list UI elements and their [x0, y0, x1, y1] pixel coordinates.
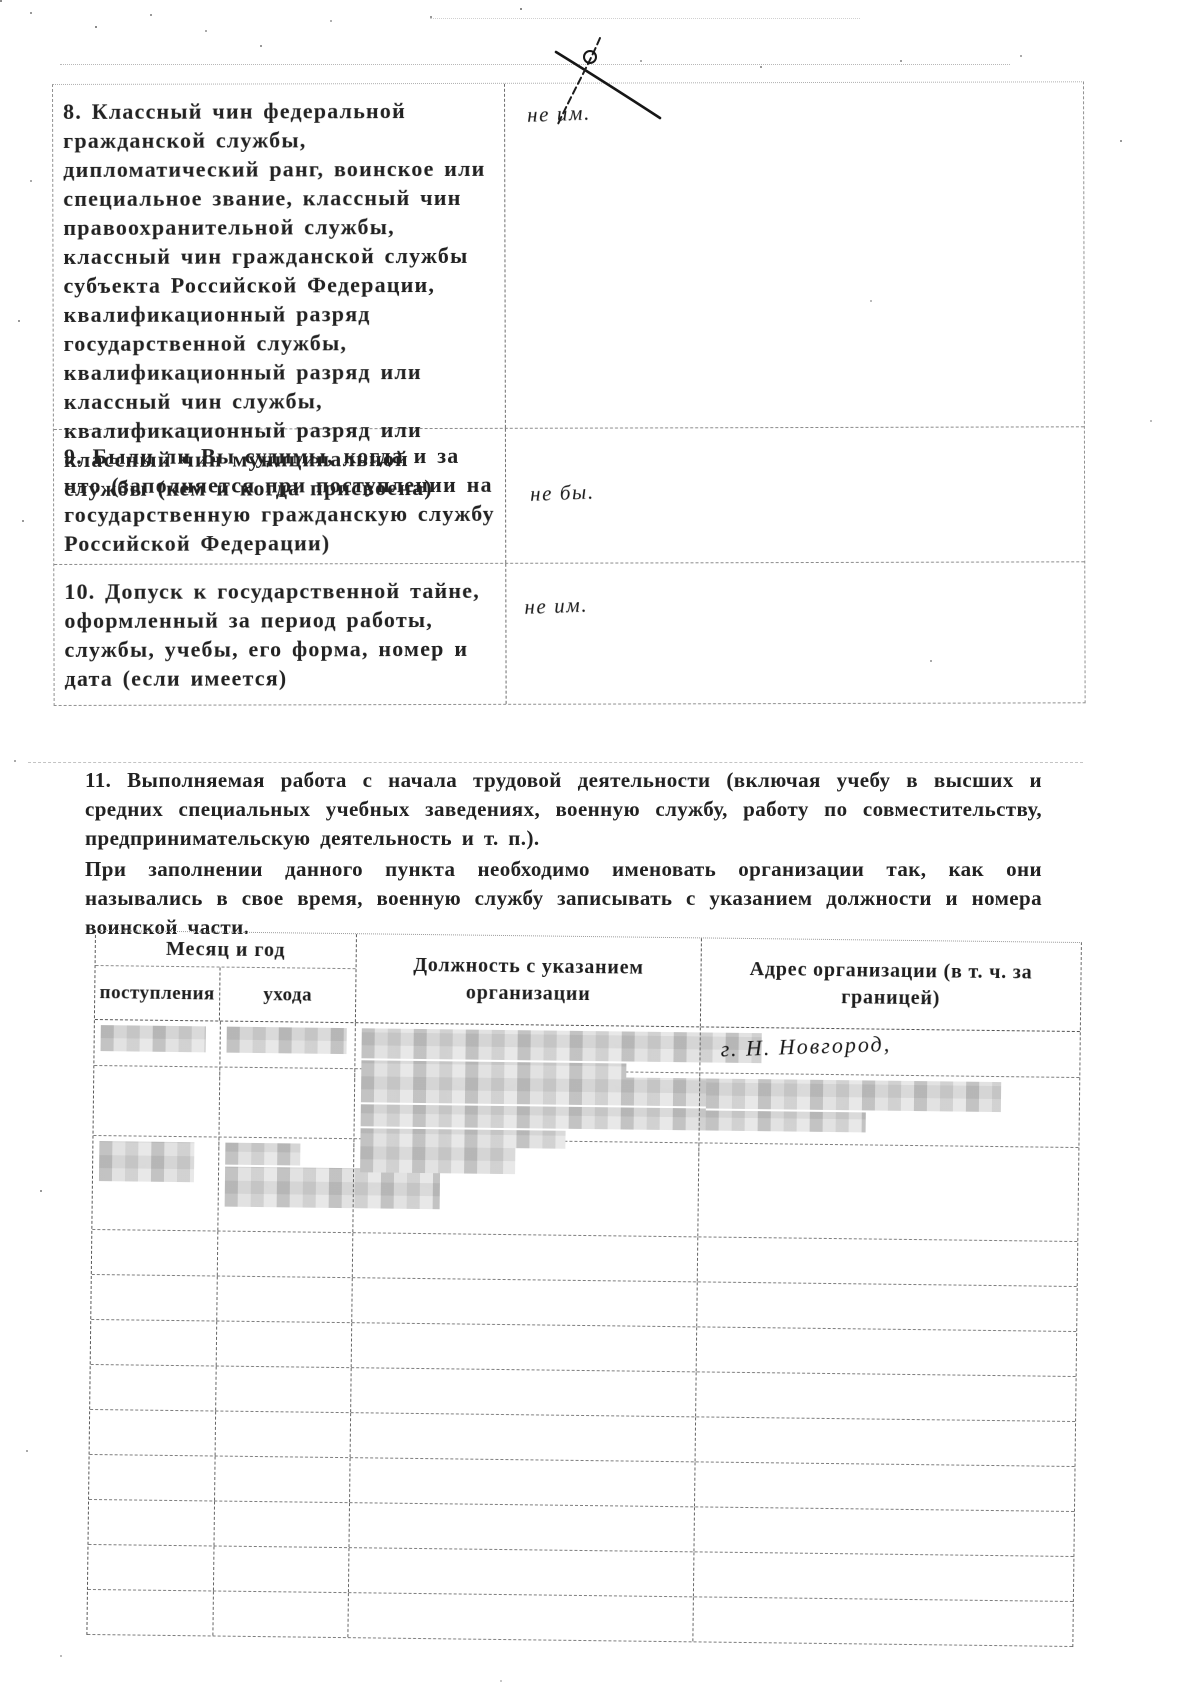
- work-table-cell: [89, 1455, 215, 1501]
- work-table-cell: [349, 1458, 695, 1506]
- work-table-cell: [90, 1410, 216, 1456]
- scan-noise: [0, 0, 2, 2]
- redacted-pixelated-block: [706, 1078, 1001, 1112]
- work-table-cell: [692, 1597, 1073, 1646]
- work-history-table: Месяц и год поступления ухода Должность …: [86, 930, 1082, 1647]
- answer-cell-8: не им.: [505, 82, 1084, 428]
- scan-artifact-line: [430, 18, 860, 19]
- redacted-pixelated-block: [361, 1104, 706, 1130]
- work-table-cell: [696, 1327, 1077, 1376]
- redacted-pixelated-block: [360, 1144, 515, 1174]
- work-table-cell: [697, 1143, 1078, 1241]
- header-month-year: Месяц и год: [96, 931, 356, 969]
- redacted-pixelated-block: [99, 1141, 194, 1182]
- redacted-pixelated-block: [227, 1027, 347, 1054]
- scanned-document-page: 8. Классный чин федеральной гражданской …: [0, 0, 1200, 1708]
- work-table-cell: [694, 1462, 1075, 1511]
- work-table-cell: [348, 1503, 694, 1551]
- work-table-cell: [351, 1278, 697, 1326]
- work-table-header: Месяц и год поступления ухода Должность …: [95, 931, 1081, 1032]
- section-11-paragraph-1: 11. Выполняемая работа с начала трудовой…: [85, 766, 1042, 853]
- handwritten-answer: не им.: [524, 592, 589, 619]
- work-table-cell: [350, 1413, 696, 1461]
- work-table-cell: [695, 1372, 1076, 1421]
- work-table-cell: [88, 1500, 214, 1546]
- answer-cell-9: не бы.: [506, 427, 1084, 563]
- section-11: 11. Выполняемая работа с начала трудовой…: [85, 766, 1042, 942]
- work-table-cell: [347, 1593, 693, 1641]
- work-table-cell: [352, 1139, 698, 1236]
- question-text-8: 8. Классный чин федеральной гражданской …: [53, 84, 506, 429]
- question-row-9: 9. Были ли Вы судимы, когда и за что (за…: [54, 426, 1084, 564]
- work-table-cell: [697, 1237, 1078, 1286]
- answer-cell-10: не им.: [506, 562, 1084, 704]
- handwritten-answer: не бы.: [530, 479, 596, 506]
- work-table-cell: [215, 1367, 351, 1413]
- pen-cross-mark: [548, 34, 673, 129]
- work-table-cell: [216, 1277, 352, 1323]
- section-11-paragraph-2: При заполнении данного пункта необходимо…: [85, 855, 1042, 942]
- work-table-cell: [693, 1507, 1074, 1556]
- work-table-cell: [213, 1546, 349, 1592]
- work-table-cell: [91, 1320, 217, 1366]
- work-table-cell: [215, 1412, 351, 1458]
- work-table-body: г. Н. Новгород,: [87, 1020, 1079, 1647]
- work-table-cell: [88, 1545, 214, 1591]
- work-table-cell: [92, 1136, 218, 1231]
- work-table-cell: [693, 1552, 1074, 1601]
- header-subrow: поступления ухода: [95, 966, 356, 1022]
- work-table-cell: [348, 1548, 694, 1596]
- header-month-year-group: Месяц и год поступления ухода: [95, 931, 356, 1022]
- question-row-10: 10. Допуск к государственной тайне, офор…: [54, 561, 1084, 705]
- work-table-cell: [216, 1322, 352, 1368]
- work-table-cell: [90, 1365, 216, 1411]
- redacted-pixelated-block: [706, 1110, 866, 1132]
- work-table-cell: [214, 1457, 350, 1503]
- work-table-cell: [696, 1282, 1077, 1331]
- question-text-9: 9. Были ли Вы судимы, когда и за что (за…: [54, 429, 506, 564]
- work-table-cell: [217, 1138, 353, 1233]
- work-table-cell: [91, 1275, 217, 1321]
- work-table-cell: [350, 1368, 696, 1416]
- redacted-pixelated-block: [361, 1074, 756, 1107]
- header-start-column: поступления: [95, 966, 221, 1021]
- question-text-10: 10. Допуск к государственной тайне, офор…: [54, 564, 506, 705]
- header-end-column: ухода: [220, 968, 356, 1023]
- work-table-row: [92, 1136, 1078, 1242]
- question-row-8: 8. Классный чин федеральной гражданской …: [53, 82, 1084, 429]
- scan-artifact-line: [28, 762, 1083, 763]
- redacted-pixelated-block: [225, 1143, 300, 1166]
- handwritten-entry: г. Н. Новгород,: [720, 1031, 891, 1062]
- work-table-cell: [212, 1591, 348, 1637]
- work-table-cell: [695, 1417, 1076, 1466]
- header-address-column: Адрес организации (в т. ч. за границей): [700, 938, 1081, 1031]
- work-table-cell: [213, 1501, 349, 1547]
- work-table-cell: [351, 1323, 697, 1371]
- work-table-cell: [87, 1590, 213, 1636]
- work-table-cell: [92, 1230, 218, 1276]
- header-position-column: Должность с указанием организации: [355, 934, 701, 1026]
- work-table-row: [93, 1066, 1079, 1148]
- work-table-cell: [217, 1232, 353, 1278]
- scan-artifact-line: [60, 64, 1010, 65]
- redacted-pixelated-block: [101, 1025, 206, 1052]
- questionnaire-table: 8. Классный чин федеральной гражданской …: [52, 81, 1086, 706]
- work-table-cell: [352, 1233, 698, 1281]
